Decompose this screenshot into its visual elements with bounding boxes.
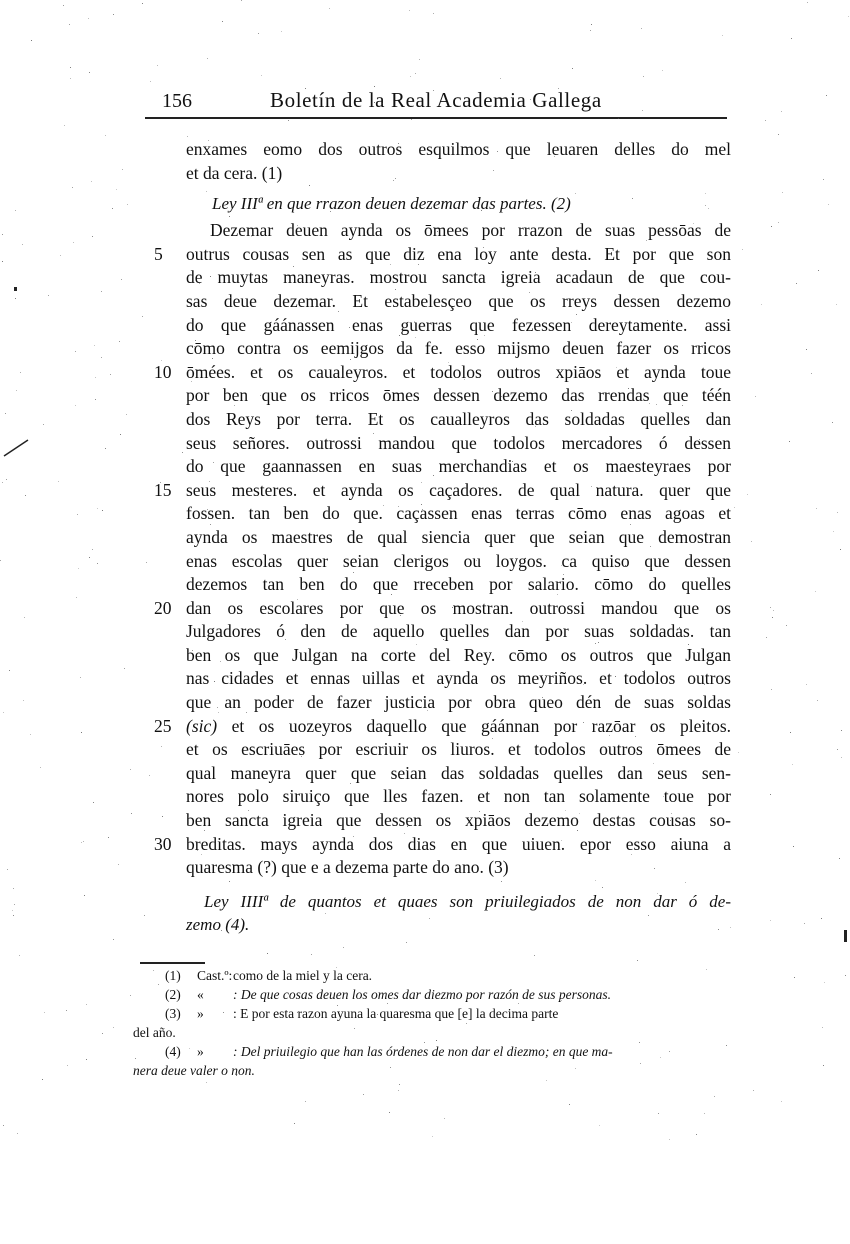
text-line: quaresma (?) que e a dezema parte do ano… [186, 856, 731, 880]
footnote-continuation: del año. [133, 1023, 730, 1042]
text-line: seus señores. outrossi mandou que todolo… [186, 432, 731, 456]
footnote-source: « [197, 985, 204, 1004]
section-heading: Ley IIIª en que rrazon deuen dezemar das… [186, 189, 731, 219]
line-text: do que gáánassen enas guerras que fezess… [186, 315, 731, 335]
text-line: de muytas maneyras. mostrou sancta igrei… [186, 266, 731, 290]
text-line: 10ōmées. et os caualeyros. et todolos ou… [186, 361, 731, 385]
line-text: dos Reys por terra. Et os caualleyros da… [186, 409, 731, 429]
text-line: dezemos tan ben do que rreceben por sala… [186, 573, 731, 597]
line-text: dan os escolares por que os mostran. out… [186, 598, 731, 618]
line-text: cōmo contra os eemijgos da fe. esso mijs… [186, 338, 731, 358]
paragraph: Dezemar deuen aynda os ōmees por rrazon … [186, 219, 731, 880]
line-text: nas cidades et ennas uillas et aynda os … [186, 668, 731, 688]
line-text: nores polo siruiço que lles fazen. et no… [186, 786, 731, 806]
footnote-text: : Del priuilegio que han las órdenes de … [233, 1042, 613, 1061]
line-number: 25 [154, 715, 178, 739]
line-text: que an poder de fazer justicia por obra … [186, 692, 731, 712]
text-line: do que gáánassen enas guerras que fezess… [186, 314, 731, 338]
line-number: 20 [154, 597, 178, 621]
text-line: 15seus mesteres. et aynda os caçadores. … [186, 479, 731, 503]
line-text: sas deue dezemar. Et estabelesçeo que os… [186, 291, 731, 311]
text-line: enas escolas quer seian clerigos ou loyg… [186, 550, 731, 574]
footnote-source: » [197, 1042, 204, 1061]
ink-dot [14, 287, 17, 291]
footnote-number: (4) [165, 1042, 181, 1061]
text-line: 5outrus cousas sen as que diz ena loy an… [186, 243, 731, 267]
text-line: que an poder de fazer justicia por obra … [186, 691, 731, 715]
text-line: cōmo contra os eemijgos da fe. esso mijs… [186, 337, 731, 361]
text-line: enxames eomo dos outros esquilmos que le… [186, 138, 731, 162]
line-text: breditas. mays aynda dos dias en que uiu… [186, 834, 731, 854]
line-text: quaresma (?) que e a dezema parte do ano… [186, 857, 509, 877]
text-line: et da cera. (1) [186, 162, 731, 186]
text-line: Dezemar deuen aynda os ōmees por rrazon … [186, 219, 731, 243]
line-text: qual maneyra quer que seian das soldadas… [186, 763, 731, 783]
running-title: Boletín de la Real Academia Gallega [270, 88, 602, 113]
line-text: de muytas maneyras. mostrou sancta igrei… [186, 267, 731, 287]
line-text: dezemos tan ben do que rreceben por sala… [186, 574, 731, 594]
text-line: ben os que Julgan na corte del Rey. cōmo… [186, 644, 731, 668]
text-line: 25(sic) et os uozeyros daquello que gáán… [186, 715, 731, 739]
section-heading: Ley IIIIª de quantos et quaes son priuil… [186, 890, 731, 914]
body-text: enxames eomo dos outros esquilmos que le… [186, 138, 731, 937]
footnote-number: (3) [165, 1004, 181, 1023]
line-number: 15 [154, 479, 178, 503]
footnote-text: : De que cosas deuen los omes dar diezmo… [233, 985, 611, 1004]
text-line: nores polo siruiço que lles fazen. et no… [186, 785, 731, 809]
line-text: Julgadores ó den de aquello quelles dan … [186, 621, 731, 641]
footnote-text: como de la miel y la cera. [233, 966, 372, 985]
footnote: (2)«: De que cosas deuen los omes dar di… [133, 985, 730, 1004]
text-line: por ben que os rricos ōmes dessen dezemo… [186, 384, 731, 408]
line-text: fossen. tan ben do que. caçassen enas te… [186, 503, 731, 523]
line-text: do que gaannassen en suas merchandias et… [186, 456, 731, 476]
line-number: 5 [154, 243, 178, 267]
line-text: ōmées. et os caualeyros. et todolos outr… [186, 362, 731, 382]
ink-dot [844, 930, 847, 942]
sic-annotation: (sic) [186, 716, 217, 736]
page-header: 156 Boletín de la Real Academia Gallega [150, 88, 730, 118]
line-text: seus señores. outrossi mandou que todolo… [186, 433, 731, 453]
text-line: ben sancta igreia que dessen os xpiāos d… [186, 809, 731, 833]
text-line: sas deue dezemar. Et estabelesçeo que os… [186, 290, 731, 314]
page-number: 156 [162, 90, 192, 113]
text-line: fossen. tan ben do que. caçassen enas te… [186, 502, 731, 526]
text-line: Julgadores ó den de aquello quelles dan … [186, 620, 731, 644]
footnote-rule [140, 962, 205, 964]
text-line: do que gaannassen en suas merchandias et… [186, 455, 731, 479]
line-text: Dezemar deuen aynda os ōmees por rrazon … [210, 220, 731, 240]
line-text: enas escolas quer seian clerigos ou loyg… [186, 551, 731, 571]
line-text: aynda os maestres de qual siencia quer q… [186, 527, 731, 547]
text-line: dos Reys por terra. Et os caualleyros da… [186, 408, 731, 432]
line-number: 30 [154, 833, 178, 857]
text-line: 20dan os escolares por que os mostran. o… [186, 597, 731, 621]
footnote-source: Cast.º: [197, 966, 232, 985]
header-rule [145, 117, 727, 119]
section-heading: zemo (4). [186, 913, 731, 937]
footnote: (4)»: Del priuilegio que han las órdenes… [133, 1042, 730, 1061]
footnote: (1)Cast.º:como de la miel y la cera. [133, 966, 730, 985]
footnote: (3)»: E por esta razon ayuna la quaresma… [133, 1004, 730, 1023]
text-line: 30breditas. mays aynda dos dias en que u… [186, 833, 731, 857]
scanned-page: 156 Boletín de la Real Academia Gallega … [0, 0, 850, 1244]
line-text: ben os que Julgan na corte del Rey. cōmo… [186, 645, 731, 665]
line-text: et os escriuāes por escriuir os liuros. … [186, 739, 731, 759]
line-text: seus mesteres. et aynda os caçadores. de… [186, 480, 731, 500]
line-text: outrus cousas sen as que diz ena loy ant… [186, 244, 731, 264]
line-text: ben sancta igreia que dessen os xpiāos d… [186, 810, 731, 830]
footnote-text: : E por esta razon ayuna la quaresma que… [233, 1004, 558, 1023]
line-number: 10 [154, 361, 178, 385]
footnote-number: (1) [165, 966, 181, 985]
footnote-source: » [197, 1004, 204, 1023]
line-text: et os uozeyros daquello que gáánnan por … [232, 716, 731, 736]
text-line: et os escriuāes por escriuir os liuros. … [186, 738, 731, 762]
text-line: nas cidades et ennas uillas et aynda os … [186, 667, 731, 691]
footnote-number: (2) [165, 985, 181, 1004]
text-line: qual maneyra quer que seian das soldadas… [186, 762, 731, 786]
pen-stroke-mark [2, 436, 32, 458]
